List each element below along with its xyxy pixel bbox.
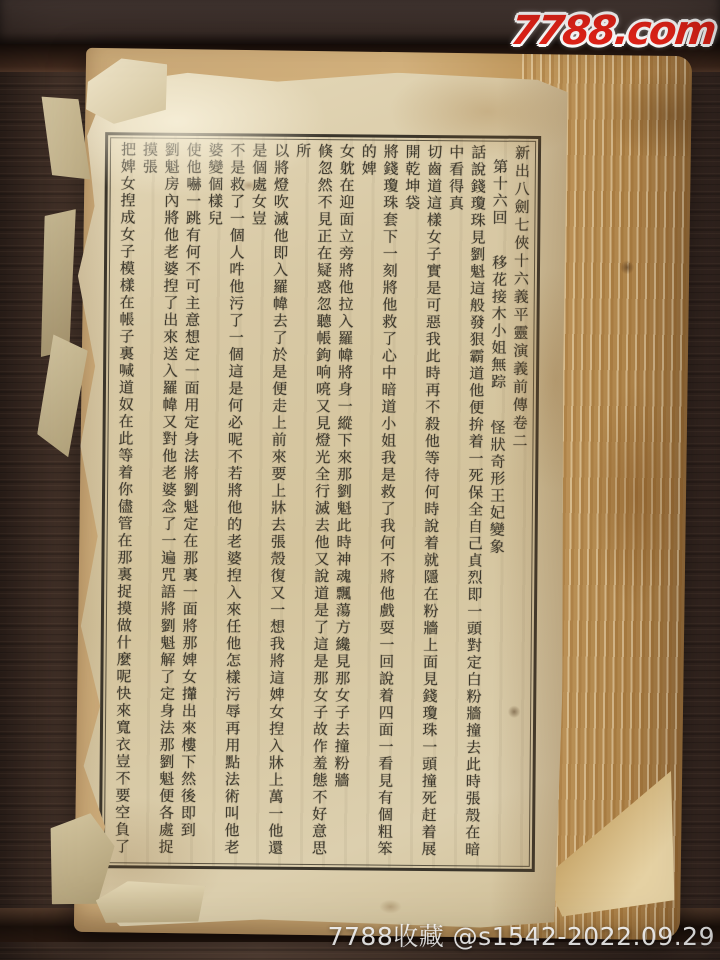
body-column: 以將燈吹滅他即入羅幃去了於是便走上前來要上牀去張殼復又一想我將這婢女揑入牀上萬一…: [241, 142, 291, 860]
chapter-couplet-2: 怪狀奇形王妃變象: [488, 419, 507, 555]
body-column: 劉魁房內將他老婆揑了出來送入羅幃又對他老婆念了一遍咒語將劉魁解了定身法那劉魁便各…: [132, 141, 182, 859]
vertical-text-block: 新出八劍七俠十六義平靈演義前傳卷二 第十六回移花接木小姐無踪怪狀奇形王妃變象 話…: [108, 141, 532, 863]
chapter-couplet-1: 移花接木小姐無踪: [489, 255, 508, 391]
body-column: 倏忽然不見正在疑惑忽聽帳鉤响喨又見燈光全行滅去他又說道是了這是那女子故作羞態不好…: [285, 143, 335, 861]
body-column: 不是救了一個人吽他污了一個這是何必呢不若將他的老婆揑入來任他怎樣污辱再用點法術叫…: [197, 142, 247, 860]
book-open-page: 新出八劍七俠十六義平靈演義前傳卷二 第十六回移花接木小姐無踪怪狀奇形王妃變象 話…: [60, 66, 567, 930]
body-column: 話說錢瓊珠見劉魁這般發狠霸道他便拚着一死保全自己貞烈即一頭對定白粉牆撞去此時張殼…: [438, 144, 488, 862]
body-column: 將錢瓊珠套下一刻將他救了心中暗道小姐我是救了我何不將他戲耍一回說着四面一看見有個…: [351, 143, 401, 861]
watermark-7788-logo: 7788.com: [508, 8, 716, 54]
text-frame: 新出八劍七俠十六義平靈演義前傳卷二 第十六回移花接木小姐無踪怪狀奇形王妃變象 話…: [99, 132, 541, 872]
watermark-credit-text: 7788收藏 @s1542-2022.09.29: [328, 917, 715, 953]
body-column: 切齒道這樣女子實是可惡我此時再不殺他等待何時說着就隱在粉牆上面見錢瓊珠一頭撞死赶…: [394, 144, 444, 862]
photo-of-antique-book: 新出八劍七俠十六義平靈演義前傳卷二 第十六回移花接木小姐無踪怪狀奇形王妃變象 話…: [0, 0, 720, 960]
chapter-number: 第十六回: [490, 158, 509, 226]
